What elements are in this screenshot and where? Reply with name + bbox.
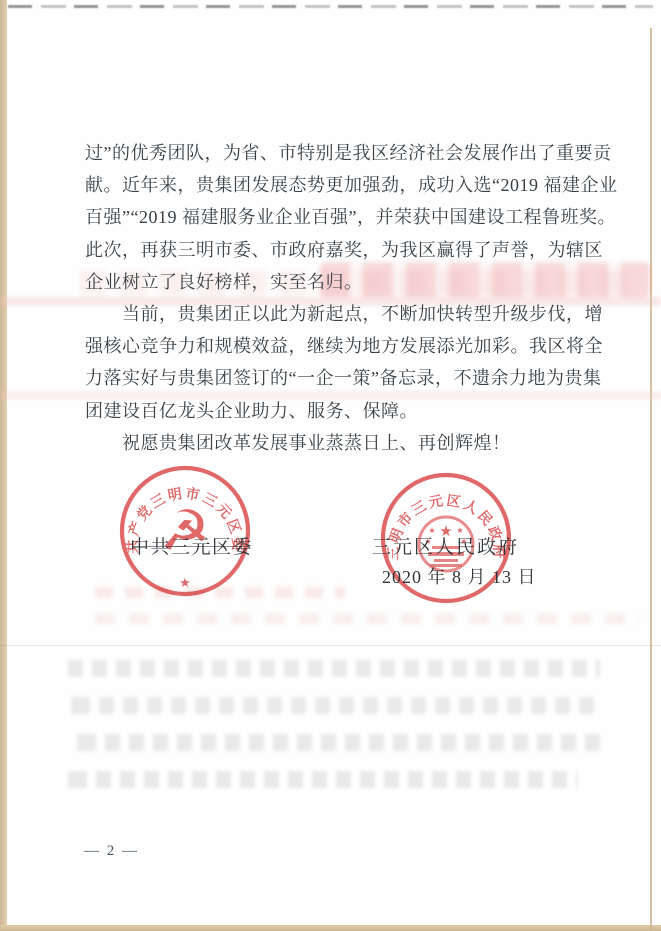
signature-strike-line xyxy=(133,546,249,547)
gray-bleedthrough-row xyxy=(68,697,600,714)
gray-bleedthrough-row xyxy=(68,660,600,677)
pink-bleed-smudge xyxy=(95,613,640,624)
signature-date: 2020 年 8 月 13 日 xyxy=(382,563,537,589)
body-line: 企业树立了良好榜样，实至名归。 xyxy=(85,266,618,298)
body-line: 此次，再获三明市委、市政府嘉奖，为我区赢得了声誉，为辖区 xyxy=(85,234,618,266)
gray-bleedthrough-row xyxy=(68,734,600,751)
page-number: — 2 — xyxy=(84,843,139,860)
body-line: 团建设百亿龙头企业助力、服务、保障。 xyxy=(85,395,618,427)
gray-bleedthrough-row xyxy=(68,771,578,788)
scan-edge-right xyxy=(650,28,652,931)
scanned-page: 过”的优秀团队，为省、市特别是我区经济社会发展作出了重要贡 献。近年来，贵集团发… xyxy=(0,0,661,931)
scan-edge-bottom xyxy=(0,925,661,931)
body-line: 百强”“2019 福建服务业企业百强”，并荣获中国建设工程鲁班奖。 xyxy=(85,201,618,233)
body-line: 过”的优秀团队，为省、市特别是我区经济社会发展作出了重要贡 xyxy=(85,137,618,169)
letter-body: 过”的优秀团队，为省、市特别是我区经济社会发展作出了重要贡 献。近年来，贵集团发… xyxy=(85,137,618,459)
body-line: 献。近年来，贵集团发展态势更加强劲，成功入选“2019 福建企业 xyxy=(85,169,618,201)
scan-edge-left xyxy=(0,0,7,931)
scan-fold-line xyxy=(0,645,661,646)
body-line: 当前，贵集团正以此为新起点，不断加快转型升级步伐，增 xyxy=(85,298,618,330)
body-line: 力落实好与贵集团签订的“一企一策”备忘录，不遗余力地为贵集 xyxy=(85,362,618,394)
body-line: 祝愿贵集团改革发展事业蒸蒸日上、再创辉煌！ xyxy=(85,427,618,459)
scan-artifact-top-line xyxy=(8,5,653,8)
star-icon: ★ xyxy=(179,576,191,591)
government-signature: 三元区人民政府 xyxy=(372,532,519,559)
body-line: 强核心竞争力和规模效益，继续为地方发展添光加彩。我区将全 xyxy=(85,330,618,362)
